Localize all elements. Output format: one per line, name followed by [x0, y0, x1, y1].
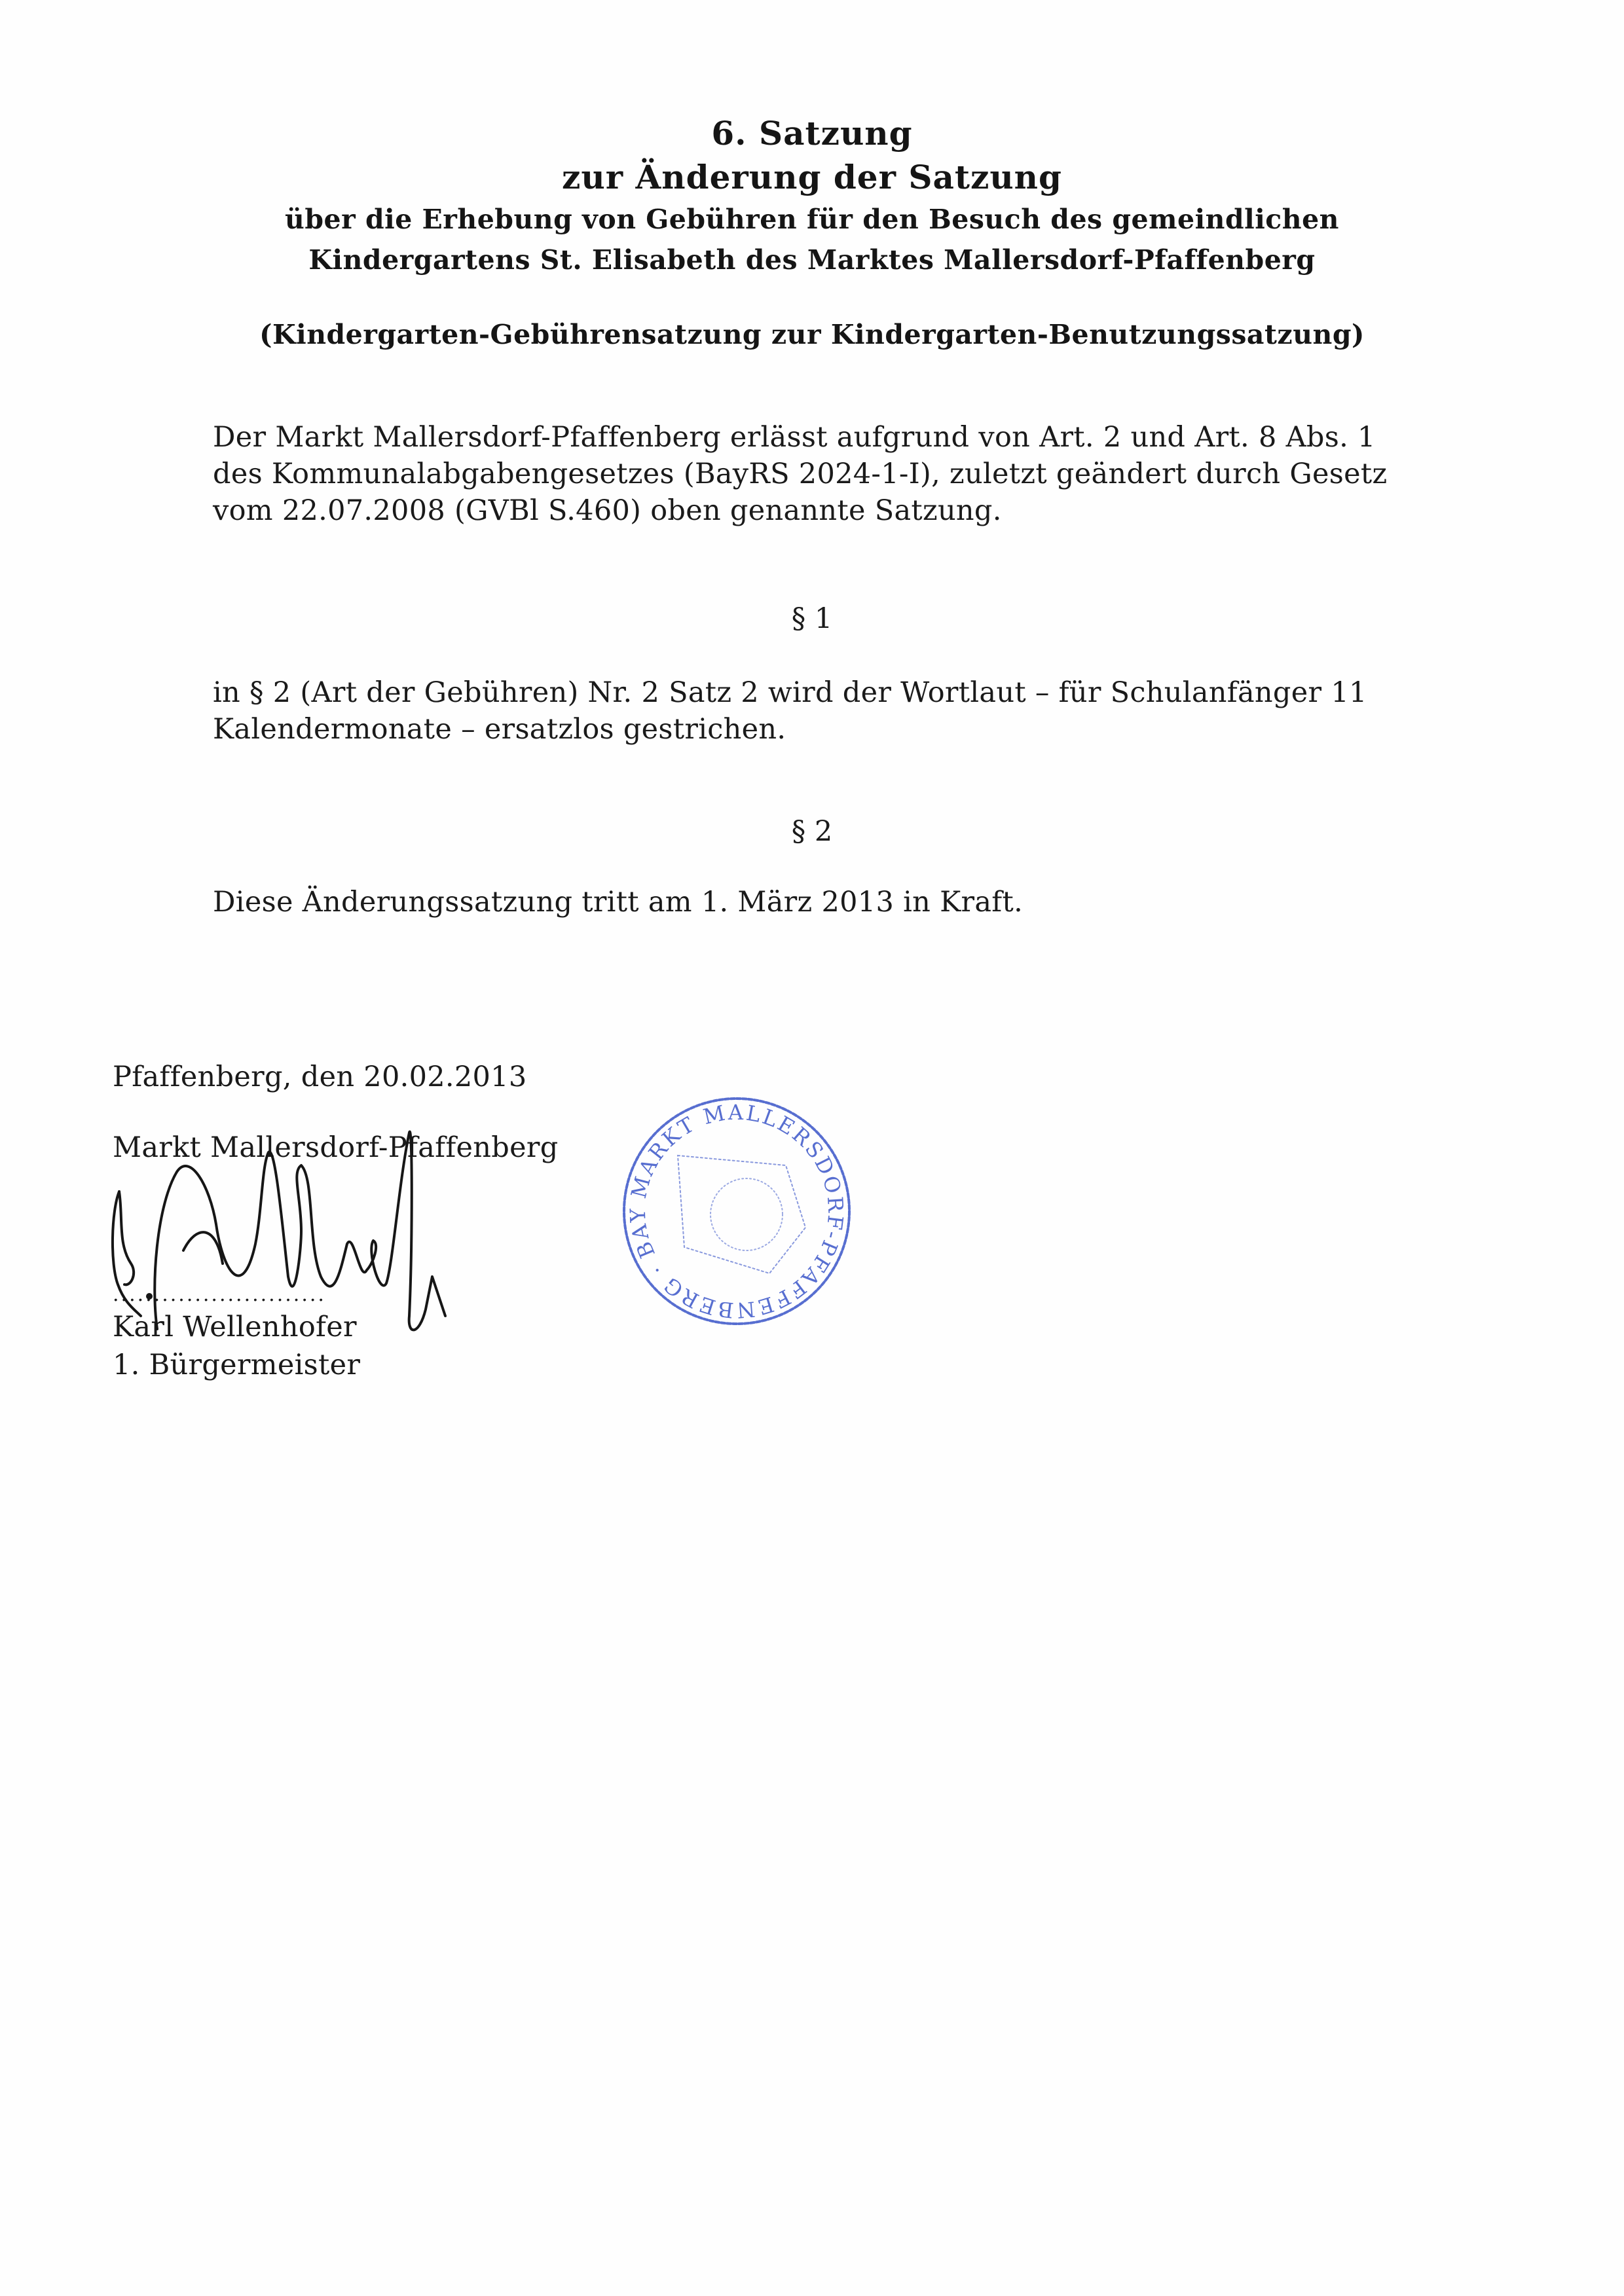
official-seal-icon: MARKT MALLERSDORF-PFAFFENBERG · BAYERN ·: [606, 1084, 868, 1332]
section-heading-1: § 1: [0, 602, 1624, 635]
seal-text-outer: MARKT MALLERSDORF-PFAFFENBERG: [626, 1100, 849, 1323]
section-1-paragraph: in § 2 (Art der Gebühren) Nr. 2 Satz 2 w…: [213, 674, 1444, 748]
document-page: 6. Satzung zur Änderung der Satzung über…: [0, 0, 1624, 2296]
place-date: Pfaffenberg, den 20.02.2013: [113, 1061, 526, 1093]
handwritten-signature-icon: [105, 1113, 471, 1349]
svg-text:MARKT MALLERSDORF-PFAFFENBERG: MARKT MALLERSDORF-PFAFFENBERG · BAYERN ·: [606, 1084, 849, 1323]
document-title-block: 6. Satzung zur Änderung der Satzung über…: [0, 111, 1624, 355]
title-line: zur Änderung der Satzung: [0, 156, 1624, 199]
section-heading-2: § 2: [0, 815, 1624, 848]
text-line: Diese Änderungssatzung tritt am 1. März …: [213, 884, 1444, 920]
text-line: Kalendermonate – ersatzlos gestrichen.: [213, 711, 1444, 748]
text-line: Der Markt Mallersdorf-Pfaffenberg erläss…: [213, 419, 1444, 456]
section-2-paragraph: Diese Änderungssatzung tritt am 1. März …: [213, 884, 1444, 920]
text-line: in § 2 (Art der Gebühren) Nr. 2 Satz 2 w…: [213, 674, 1444, 711]
text-line: vom 22.07.2008 (GVBl S.460) oben genannt…: [213, 492, 1444, 529]
title-line: über die Erhebung von Gebühren für den B…: [0, 199, 1624, 240]
title-line: Kindergartens St. Elisabeth des Marktes …: [0, 240, 1624, 280]
preamble-paragraph: Der Markt Mallersdorf-Pfaffenberg erläss…: [213, 419, 1444, 529]
document-subtitle: (Kindergarten-Gebührensatzung zur Kinder…: [0, 314, 1624, 355]
signatory-title: 1. Bürgermeister: [113, 1349, 360, 1381]
title-line: 6. Satzung: [0, 111, 1624, 156]
text-line: des Kommunalabgabengesetzes (BayRS 2024-…: [213, 456, 1444, 492]
